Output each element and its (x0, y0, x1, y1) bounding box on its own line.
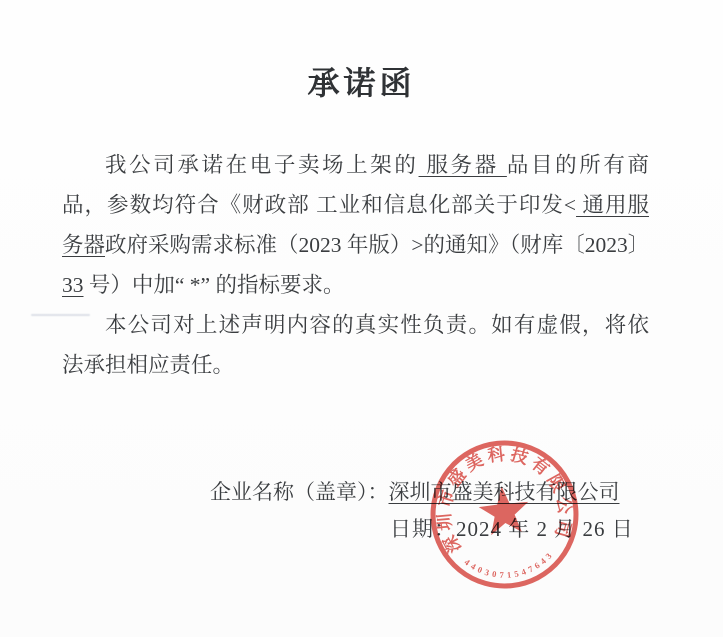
underlined-text-run: 33 (62, 273, 84, 297)
date-label: 日期： (390, 517, 456, 541)
underlined-text-run: 服务器 (419, 153, 507, 177)
scan-artifact-line (31, 314, 90, 316)
text-run: 政府采购需求标准（2023 年版）>的通知》（财库〔2023〕 (105, 233, 649, 257)
underlined-text-run: 通用服 (576, 193, 649, 217)
text-run: 品，参数均符合《财政部 工业和信息化部关于印发< (62, 193, 576, 217)
document-title: 承诺函 (0, 58, 723, 104)
signature-date-line: 日期：2024 年 2 月 26 日 (390, 513, 634, 543)
underlined-text-run: 务器 (62, 233, 105, 257)
text-run: 号）中加“ *” 的指标要求。 (84, 273, 345, 297)
text-run: 法承担相应责任。 (62, 353, 234, 377)
document-body: 我公司承诺在电子卖场上架的 服务器 品目的所有商 品，参数均符合《财政部 工业和… (62, 145, 649, 385)
seal-serial-number: 4403071547643 (462, 548, 558, 585)
body-line-4: 33 号）中加“ *” 的指标要求。 (62, 265, 649, 305)
date-value: 2024 年 2 月 26 日 (456, 517, 634, 541)
text-run: 我公司承诺在电子卖场上架的 (105, 153, 419, 177)
body-line-5: 本公司对上述声明内容的真实性负责。如有虚假，将依 (62, 305, 649, 345)
svg-text:4403071547643: 4403071547643 (462, 548, 558, 585)
body-line-6: 法承担相应责任。 (62, 345, 649, 385)
text-run: 本公司对上述声明内容的真实性负责。如有虚假，将依 (105, 313, 649, 337)
body-line-3: 务器政府采购需求标准（2023 年版）>的通知》（财库〔2023〕 (62, 225, 649, 265)
company-name: 深圳市盛美科技有限公司 (389, 480, 620, 504)
body-line-2: 品，参数均符合《财政部 工业和信息化部关于印发< 通用服 (62, 185, 649, 225)
body-line-1: 我公司承诺在电子卖场上架的 服务器 品目的所有商 (62, 145, 649, 185)
commitment-letter-page: 承诺函 我公司承诺在电子卖场上架的 服务器 品目的所有商 品，参数均符合《财政部… (0, 0, 723, 637)
text-run: 品目的所有商 (507, 153, 649, 177)
company-label: 企业名称（盖章）： (210, 480, 389, 504)
signature-company-line: 企业名称（盖章）：深圳市盛美科技有限公司 (210, 476, 620, 506)
